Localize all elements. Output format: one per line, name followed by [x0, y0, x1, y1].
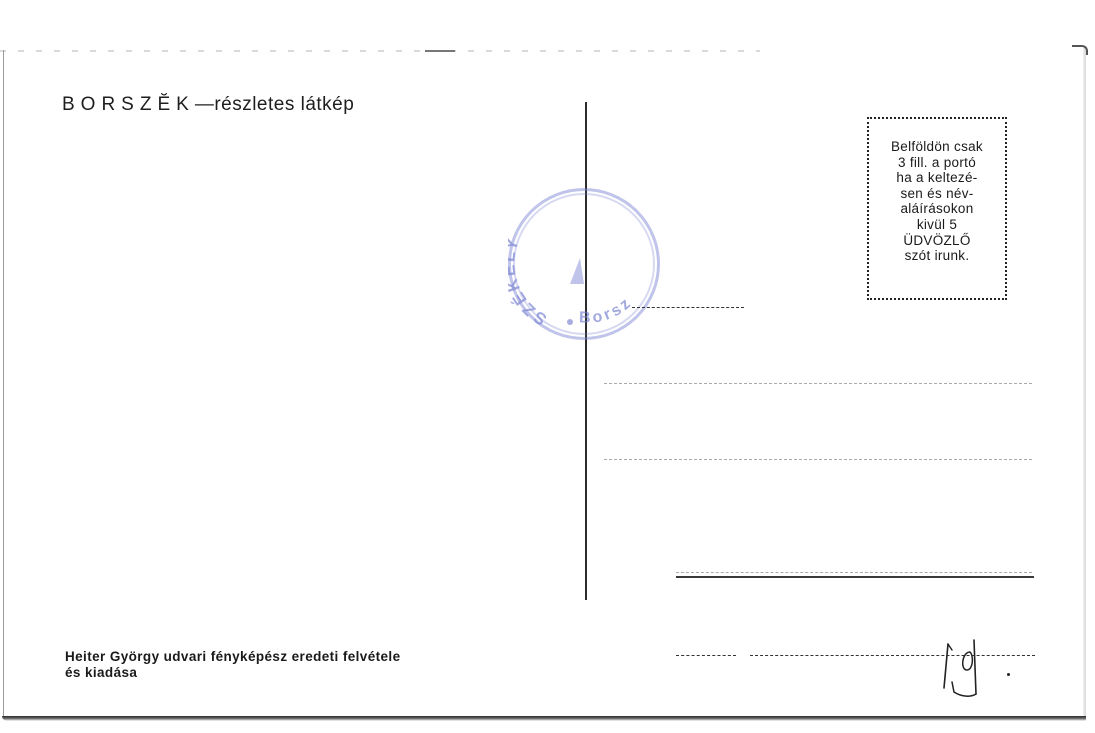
handwritten-number-icon: 19 [940, 636, 990, 700]
postmark-stamp: SZÉKELY Borsz [508, 188, 660, 340]
title-subtitle: részletes látkép [214, 94, 354, 115]
publisher-credit: Heiter György udvari fényképész eredeti … [65, 649, 401, 681]
postage-notice-line: ÜDVÖZLŐ [869, 233, 1005, 249]
center-divider [585, 102, 587, 600]
postcard-right-edge [1083, 46, 1086, 718]
address-line-4-guide [676, 572, 1032, 573]
signature-line-left [676, 655, 736, 656]
address-line-2 [604, 383, 1032, 384]
stamp-inner-text: Borsz [579, 294, 636, 327]
title-place: BORSZĔK [62, 94, 195, 115]
postage-notice-line: 3 fill. a portó [869, 155, 1005, 171]
svg-text:Borsz: Borsz [579, 294, 636, 327]
svg-text:SZÉKELY: SZÉKELY [508, 234, 550, 329]
postage-notice-line: ha a keltezé- [869, 170, 1005, 186]
postage-notice-line: aláírásokon [869, 201, 1005, 217]
publisher-line: Heiter György udvari fényképész eredeti … [65, 649, 401, 665]
publisher-line: és kiadása [65, 665, 401, 681]
address-line-3 [604, 459, 1032, 460]
postage-notice-line: kivül 5 [869, 217, 1005, 233]
address-line-4 [676, 576, 1034, 578]
postcard-corner [1072, 45, 1088, 55]
stamp-outer-text: SZÉKELY [508, 234, 550, 329]
ink-dot [1007, 673, 1010, 676]
postcard-bottom-edge-shadow [2, 716, 1086, 721]
scan-artifact-mark [425, 50, 455, 52]
signature-line-right [750, 655, 1035, 656]
postage-notice-line: sen és név- [869, 186, 1005, 202]
title-separator: — [195, 94, 215, 115]
postcard-title: BORSZĔK—részletes látkép [62, 94, 354, 116]
postage-notice-line: szót irunk. [869, 248, 1005, 264]
postage-stamp-box: Belföldön csak 3 fill. a portó ha a kelt… [867, 117, 1007, 300]
address-line-1 [632, 307, 744, 308]
postmark-stamp-icon: SZÉKELY Borsz [508, 188, 660, 340]
scan-artifacts [0, 50, 760, 52]
postage-notice-line: Belföldön csak [869, 139, 1005, 155]
